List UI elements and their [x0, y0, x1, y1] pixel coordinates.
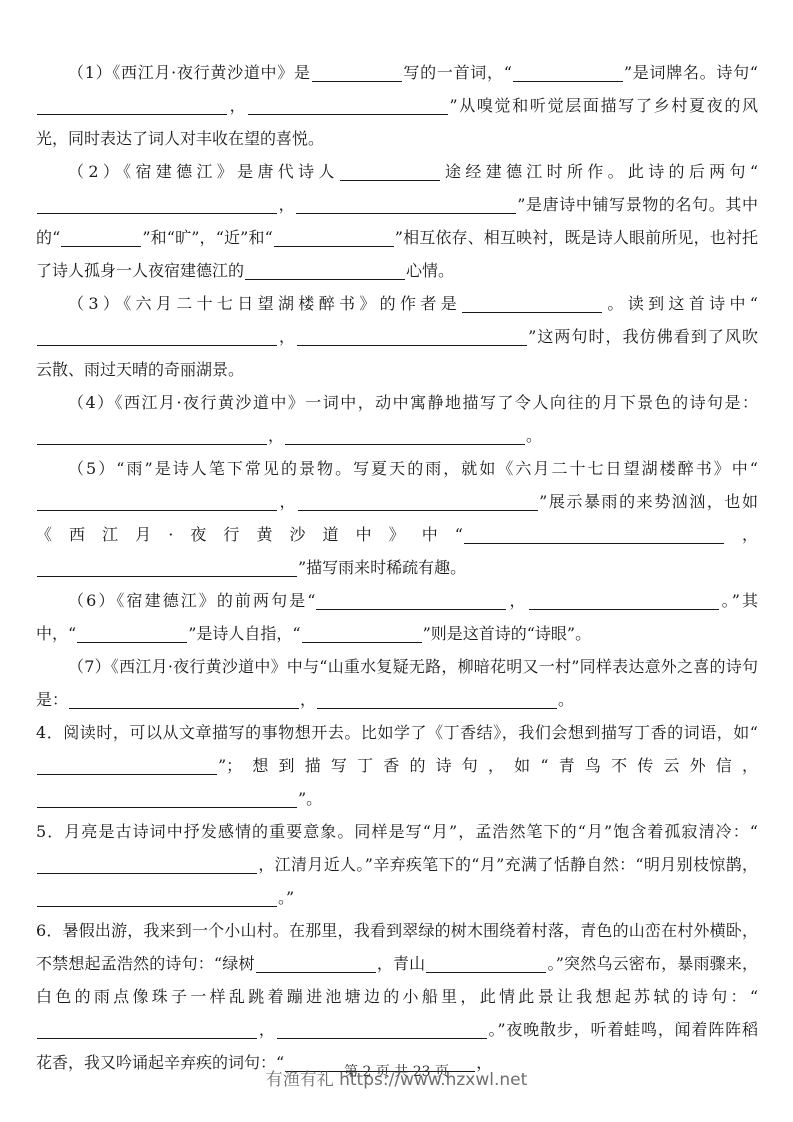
answer-blank[interactable]	[256, 952, 376, 973]
answer-blank[interactable]	[317, 688, 557, 709]
answer-blank[interactable]	[37, 886, 277, 907]
answer-blank[interactable]	[426, 952, 546, 973]
answer-blank[interactable]	[69, 688, 299, 709]
answer-blank[interactable]	[37, 424, 267, 445]
question-3-2: （2）《宿建德江》是唐代诗人途经建德江时所作。此诗的后两句“，”是唐诗中铺写景物…	[36, 155, 758, 287]
answer-blank[interactable]	[513, 61, 623, 82]
answer-blank[interactable]	[77, 622, 187, 643]
answer-blank[interactable]	[37, 787, 297, 808]
watermark: 有渔有礼 https://www.hzxwl.net	[0, 1065, 793, 1090]
answer-blank[interactable]	[316, 589, 506, 610]
answer-blank[interactable]	[274, 226, 394, 247]
answer-blank[interactable]	[37, 754, 217, 775]
answer-blank[interactable]	[340, 160, 440, 181]
answer-blank[interactable]	[37, 853, 257, 874]
answer-blank[interactable]	[296, 193, 516, 214]
question-3-3: （3）《六月二十七日望湖楼醉书》的作者是。读到这首诗中“，”这两句时，我仿佛看到…	[36, 287, 758, 386]
question-3-7: （7）《西江月·夜行黄沙道中》中与“山重水复疑无路，柳暗花明又一村”同样表达意外…	[36, 650, 758, 716]
answer-blank[interactable]	[277, 1018, 487, 1039]
question-5: 5．月亮是古诗词中抒发感情的重要意象。同样是写“月”，孟浩然笔下的“月”饱含着孤…	[36, 815, 758, 914]
answer-blank[interactable]	[61, 226, 141, 247]
question-3-4: （4）《西江月·夜行黄沙道中》一词中，动中寓静地描写了令人向往的月下景色的诗句是…	[36, 386, 758, 452]
question-3-5: （5）“雨”是诗人笔下常见的景物。写夏天的雨，就如《六月二十七日望湖楼醉书》中“…	[36, 452, 758, 584]
answer-blank[interactable]	[462, 292, 602, 313]
answer-blank[interactable]	[37, 94, 227, 115]
answer-blank[interactable]	[37, 490, 277, 511]
question-4: 4．阅读时，可以从文章描写的事物想开去。比如学了《丁香结》，我们会想到描写丁香的…	[36, 716, 758, 815]
document-page: （1）《西江月·夜行黄沙道中》是写的一首词，“”是词牌名。诗句“，”从嗅觉和听觉…	[36, 56, 758, 1079]
answer-blank[interactable]	[37, 556, 297, 577]
answer-blank[interactable]	[464, 523, 724, 544]
question-3-6: （6）《宿建德江》的前两句是“，。”其中，“”是诗人自指，“”则是这首诗的“诗眼…	[36, 584, 758, 650]
answer-blank[interactable]	[312, 61, 402, 82]
answer-blank[interactable]	[248, 94, 448, 115]
answer-blank[interactable]	[302, 622, 422, 643]
page-footer: 第 2 页 共 23 页 有渔有礼 https://www.hzxwl.net	[0, 1061, 793, 1091]
answer-blank[interactable]	[298, 490, 538, 511]
answer-blank[interactable]	[297, 325, 527, 346]
answer-blank[interactable]	[37, 1018, 257, 1039]
question-3-1: （1）《西江月·夜行黄沙道中》是写的一首词，“”是词牌名。诗句“，”从嗅觉和听觉…	[36, 56, 758, 155]
answer-blank[interactable]	[529, 589, 719, 610]
answer-blank[interactable]	[245, 259, 405, 280]
question-6: 6．暑假出游，我来到一个小山村。在那里，我看到翠绿的树木围绕着村落，青色的山峦在…	[36, 914, 758, 1079]
answer-blank[interactable]	[285, 424, 525, 445]
answer-blank[interactable]	[37, 325, 277, 346]
answer-blank[interactable]	[37, 193, 277, 214]
